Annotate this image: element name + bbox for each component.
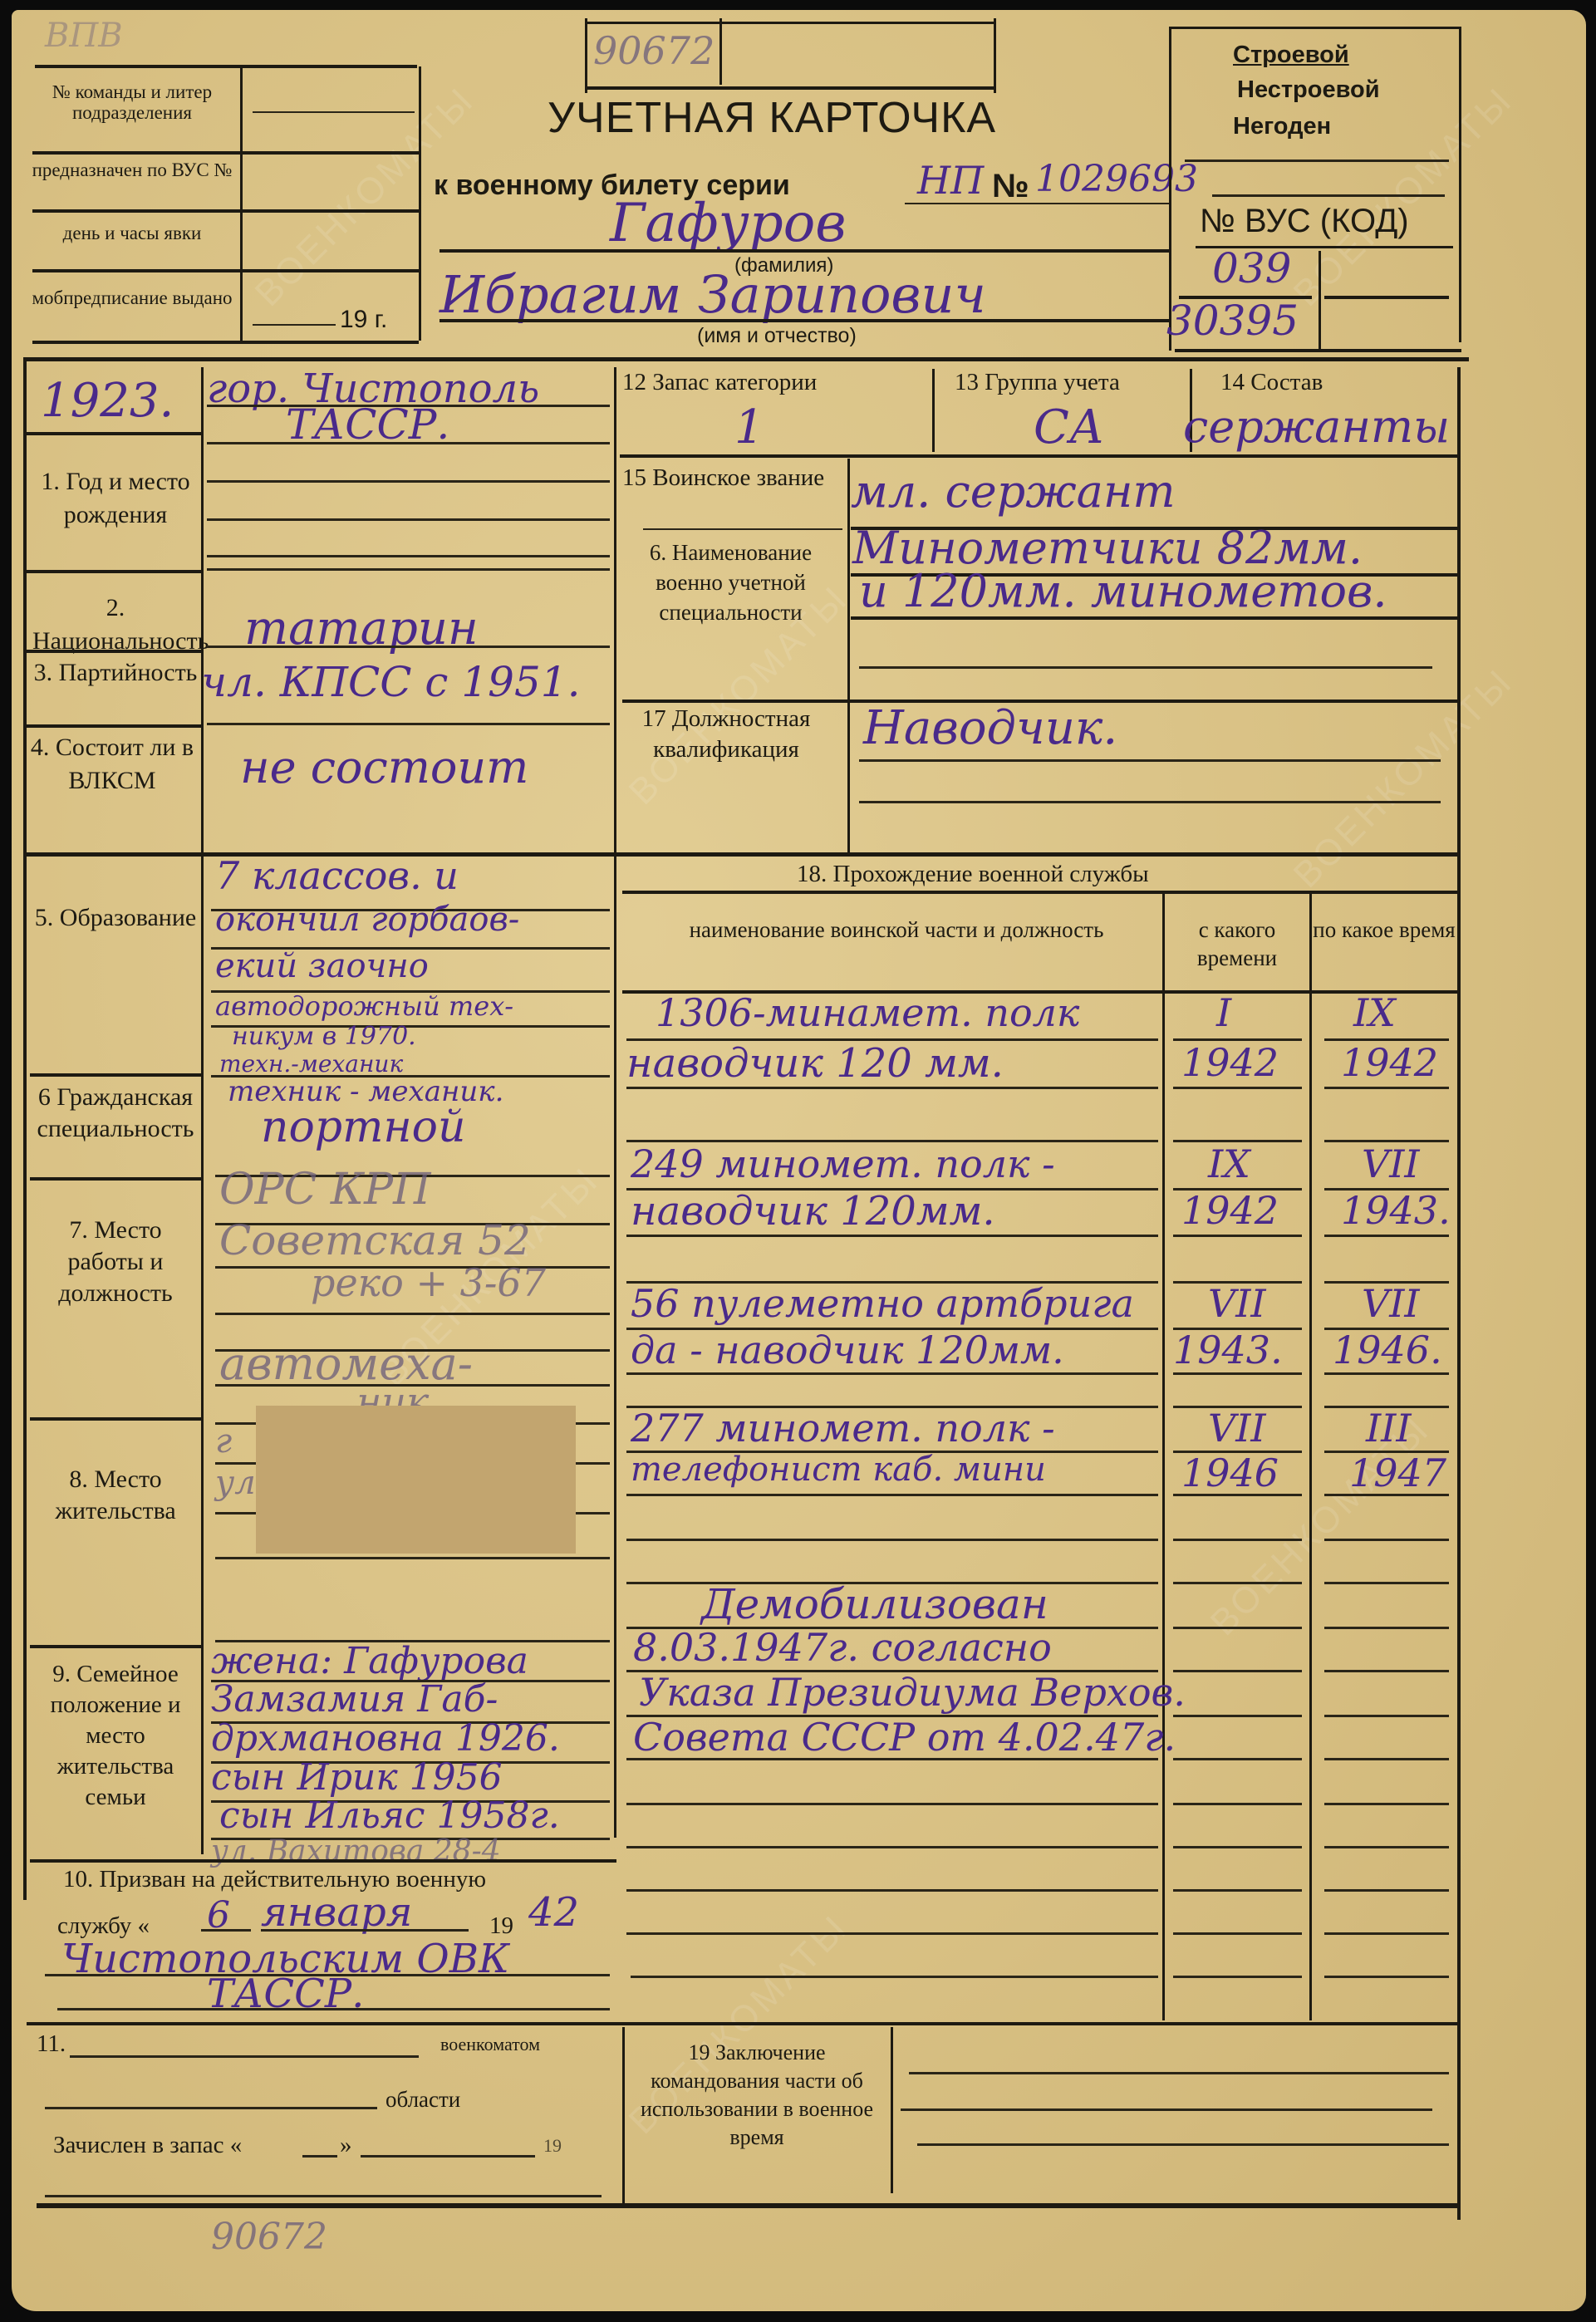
birth-label: 1. Год и место рождения bbox=[37, 465, 194, 532]
residence-line: г bbox=[215, 1422, 232, 1460]
family-line: ул. Вахитова 28-4 bbox=[211, 1834, 501, 1868]
service-unit-line2: наводчик 120мм. bbox=[631, 1188, 995, 1235]
record-card: ВОЕНКОМАТЫ ВОЕНКОМАТЫ ВОЕНКОМАТЫ ВОЕНКОМ… bbox=[12, 10, 1586, 2311]
education-line: никум в 1970. bbox=[232, 1022, 416, 1051]
archive-box-border bbox=[994, 18, 996, 93]
service-title: 18. Прохождение военной службы bbox=[797, 861, 1149, 888]
service-unit-line2: да - наводчик 120мм. bbox=[631, 1328, 1064, 1372]
fitness-noncombat: Нестроевой bbox=[1237, 76, 1380, 104]
komsomol-label: 4. Состоит ли в ВЛКСМ bbox=[23, 731, 201, 798]
vus-name-line2: и 120мм. минометов. bbox=[859, 565, 1387, 617]
workplace-line: Советская 52 bbox=[219, 1216, 531, 1264]
service-from-month: VII bbox=[1208, 1281, 1266, 1326]
education-label: 5. Образование bbox=[32, 903, 199, 933]
archive-number-bottom: 90672 bbox=[211, 2216, 327, 2258]
header-label-command: № команды и литер подразделения bbox=[28, 81, 236, 123]
education-line: екий заочно bbox=[215, 947, 429, 985]
header-label-mob-order: мобпредписание выдано bbox=[23, 287, 241, 308]
reserve-line1-prefix: 11. bbox=[37, 2030, 66, 2058]
surname: Гафуров bbox=[610, 193, 847, 254]
composition-label: 14 Состав bbox=[1220, 369, 1323, 396]
position-qualification-value: Наводчик. bbox=[863, 701, 1117, 755]
right-border bbox=[1457, 367, 1461, 2220]
archive-box-border bbox=[585, 18, 587, 93]
conclusion-label: 19 Заключение командования части об испо… bbox=[625, 2039, 889, 2152]
family-line: жена: Гафурова bbox=[211, 1640, 528, 1682]
fitness-combat: Строевой bbox=[1233, 42, 1349, 69]
birth-year: 1923. bbox=[41, 374, 174, 428]
fitness-unfit: Негоден bbox=[1233, 113, 1331, 140]
komsomol-value: не состоит bbox=[240, 741, 528, 793]
vus-name-label: 6. Наименование военно учетной специальн… bbox=[633, 538, 828, 627]
workplace-line: ОРС КРП bbox=[219, 1165, 431, 1215]
workplace-label: 7. Место работы и должность bbox=[32, 1215, 199, 1309]
archive-box-divider bbox=[719, 18, 722, 85]
service-to-month: VII bbox=[1362, 1281, 1420, 1326]
family-line: дрхмановна 1926. bbox=[211, 1717, 560, 1760]
family-line: Замзамия Габ- bbox=[211, 1678, 498, 1721]
corner-mark: ВПВ bbox=[45, 17, 123, 55]
header-label-report-time: день и часы явки bbox=[28, 223, 236, 243]
service-from-year: 1946 bbox=[1181, 1451, 1279, 1495]
service-from-year: 1942 bbox=[1181, 1188, 1279, 1233]
family-line: сын Ильяс 1958г. bbox=[219, 1794, 560, 1837]
education-line: окончил горбаов- bbox=[215, 901, 519, 939]
service-unit-line1: 277 миномет. полк - bbox=[631, 1406, 1055, 1451]
ticket-number: 1029693 bbox=[1035, 158, 1198, 200]
reserve-enrolled-label: Зачислен в запас « bbox=[53, 2132, 242, 2159]
civil-specialty-label: 6 Гражданская специальность bbox=[32, 1082, 199, 1145]
demob-line: 8.03.1947г. согласно bbox=[633, 1625, 1052, 1670]
service-unit-line2: телефонист каб. мини bbox=[631, 1451, 1046, 1489]
header-label-vus: предназначен по ВУС № bbox=[28, 160, 236, 180]
service-to-year: 1946. bbox=[1333, 1328, 1442, 1372]
demob-line: Демобилизован bbox=[701, 1580, 1048, 1628]
archive-number: 90672 bbox=[593, 28, 715, 73]
reserve-oblast-label: области bbox=[385, 2087, 460, 2113]
demob-line: Совета СССР от 4.02.47г. bbox=[633, 1715, 1176, 1760]
service-from-month: IX bbox=[1208, 1141, 1250, 1186]
civil-specialty-line2: портной bbox=[261, 1102, 465, 1152]
service-to-month: IX bbox=[1353, 990, 1396, 1035]
reserve-enrolled-mid: » bbox=[340, 2132, 352, 2159]
watermark: ВОЕНКОМАТЫ bbox=[1286, 660, 1522, 896]
service-to-year: 1943. bbox=[1341, 1188, 1451, 1233]
composition-value: сержанты bbox=[1183, 400, 1450, 453]
called-up-year: 42 bbox=[528, 1889, 579, 1936]
reserve-commissariat-label: военкоматом bbox=[440, 2034, 540, 2055]
name-caption: (имя и отчество) bbox=[697, 324, 857, 348]
service-from-year: 1943. bbox=[1173, 1328, 1283, 1372]
left-border bbox=[23, 359, 27, 1900]
service-from-month: VII bbox=[1208, 1406, 1266, 1451]
vus-code: 039 bbox=[1212, 244, 1291, 292]
party-value: чл. КПСС с 1951. bbox=[201, 658, 580, 706]
service-col-to: по какое время bbox=[1313, 916, 1456, 944]
education-line: автодорожный тех- bbox=[215, 990, 513, 1022]
service-to-year: 1942 bbox=[1341, 1040, 1438, 1085]
registration-group-value: СА bbox=[1034, 400, 1104, 454]
service-to-month: III bbox=[1366, 1406, 1412, 1451]
workplace-line: автомеха- bbox=[219, 1338, 473, 1390]
service-unit-line1: 56 пулеметно артбрига bbox=[631, 1281, 1134, 1326]
education-line: техн.-механик bbox=[219, 1050, 403, 1078]
reserve-category-value: 1 bbox=[734, 400, 764, 454]
service-from-month: I bbox=[1216, 990, 1231, 1035]
family-line: сын Ирик 1956 bbox=[211, 1756, 503, 1799]
demob-line: Указа Президиума Верхов. bbox=[639, 1670, 1186, 1715]
card-title: УЧЕТНАЯ КАРТОЧКА bbox=[548, 93, 996, 143]
service-from-year: 1942 bbox=[1181, 1040, 1279, 1085]
residence-label: 8. Место жительства bbox=[32, 1464, 199, 1527]
service-col-from: с какого времени bbox=[1166, 916, 1308, 972]
redacted-address bbox=[256, 1406, 576, 1554]
service-to-month: VII bbox=[1362, 1141, 1420, 1186]
service-unit-line1: 249 миномет. полк - bbox=[631, 1141, 1055, 1186]
service-col-unit: наименование воинской части и должность bbox=[651, 916, 1142, 944]
position-qualification-label: 17 Должностная квалификация bbox=[626, 704, 826, 765]
ticket-number-label: № bbox=[992, 168, 1029, 205]
reserve-enrolled-year: 19 bbox=[543, 2135, 562, 2157]
workplace-line: реко + 3-67 bbox=[311, 1260, 546, 1305]
vus-code-secondary: 30395 bbox=[1166, 297, 1299, 345]
service-unit-line1: 1306-минамет. полк bbox=[656, 990, 1079, 1035]
military-rank-label: 15 Воинское звание bbox=[622, 463, 838, 493]
service-unit-line2: наводчик 120 мм. bbox=[626, 1040, 1004, 1087]
service-to-year: 1947 bbox=[1349, 1451, 1446, 1495]
name-patronymic: Ибрагим Зарипович bbox=[440, 264, 986, 325]
vus-code-label: № ВУС (КОД) bbox=[1200, 203, 1409, 240]
ticket-series: НП bbox=[917, 158, 984, 203]
education-line: 7 классов. и bbox=[215, 853, 459, 898]
residence-line: ул bbox=[215, 1464, 256, 1502]
party-label: 3. Партийность bbox=[32, 656, 199, 690]
military-rank-value: мл. сержант bbox=[851, 465, 1176, 518]
registration-group-label: 13 Группа учета bbox=[955, 369, 1120, 396]
nationality-label: 2. Национальность bbox=[32, 592, 199, 658]
reserve-category-label: 12 Запас категории bbox=[622, 369, 817, 396]
mob-order-year: 19 г. bbox=[340, 306, 387, 334]
family-label: 9. Семейное положение и место жительства… bbox=[32, 1659, 199, 1813]
